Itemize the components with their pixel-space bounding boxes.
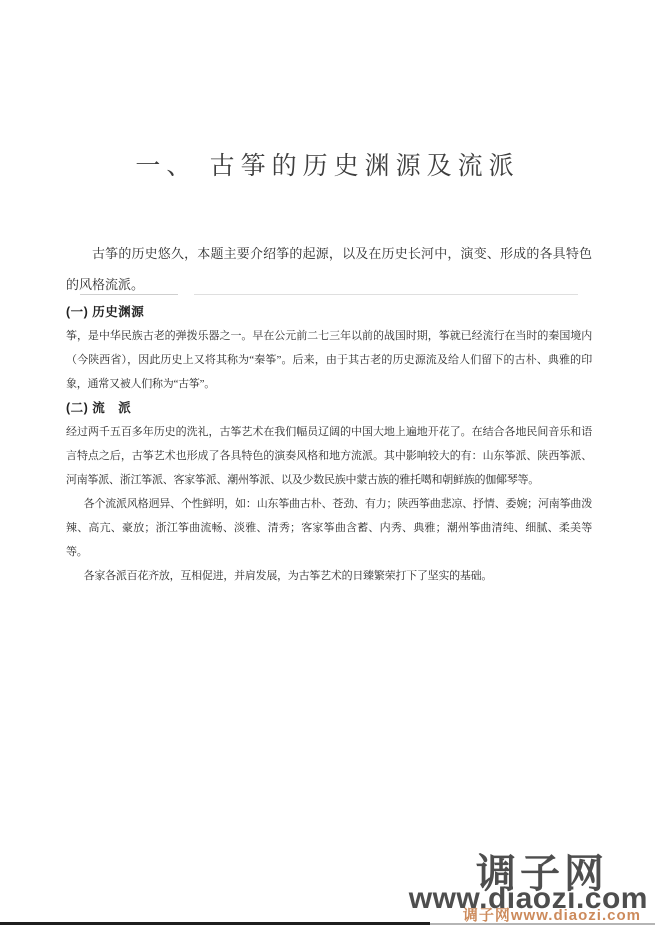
divider-line <box>80 294 178 295</box>
page-edge-line-light <box>430 923 655 925</box>
page-title: 一、 古筝的历史渊源及流派 <box>0 146 655 182</box>
paragraph-schools-conclusion: 各家各派百花齐放，互相促进，并肩发展，为古筝艺术的日臻繁荣打下了坚实的基础。 <box>66 564 592 588</box>
watermark: 调子网www.diaozi.com 调子网 www.diaozi.com <box>0 840 655 928</box>
paragraph-schools-styles: 各个流派风格迥异、个性鲜明，如：山东筝曲古朴、苍劲、有力；陕西筝曲悲凉、抒情、委… <box>66 492 592 564</box>
paragraph-schools-overview: 经过两千五百多年历史的洗礼，古筝艺术在我们幅员辽阔的中国大地上遍地开花了。在结合… <box>66 420 592 492</box>
page-content: (一) 历史渊源 筝，是中华民族古老的弹拨乐器之一。早在公元前二七三年以前的战国… <box>66 300 592 588</box>
intro-paragraph: 古筝的历史悠久，本题主要介绍筝的起源，以及在历史长河中，演变、形成的各具特色的风… <box>66 238 592 300</box>
watermark-site-url: www.diaozi.com <box>409 882 648 916</box>
book-page: 一、 古筝的历史渊源及流派 古筝的历史悠久，本题主要介绍筝的起源，以及在历史长河… <box>0 0 655 928</box>
section-heading-schools: (二) 流 派 <box>66 396 592 420</box>
section-heading-history-origin: (一) 历史渊源 <box>66 300 592 324</box>
paragraph-history-origin: 筝，是中华民族古老的弹拨乐器之一。早在公元前二七三年以前的战国时期，筝就已经流行… <box>66 324 592 396</box>
divider-line <box>194 294 578 295</box>
page-edge-line-dark <box>0 922 430 925</box>
